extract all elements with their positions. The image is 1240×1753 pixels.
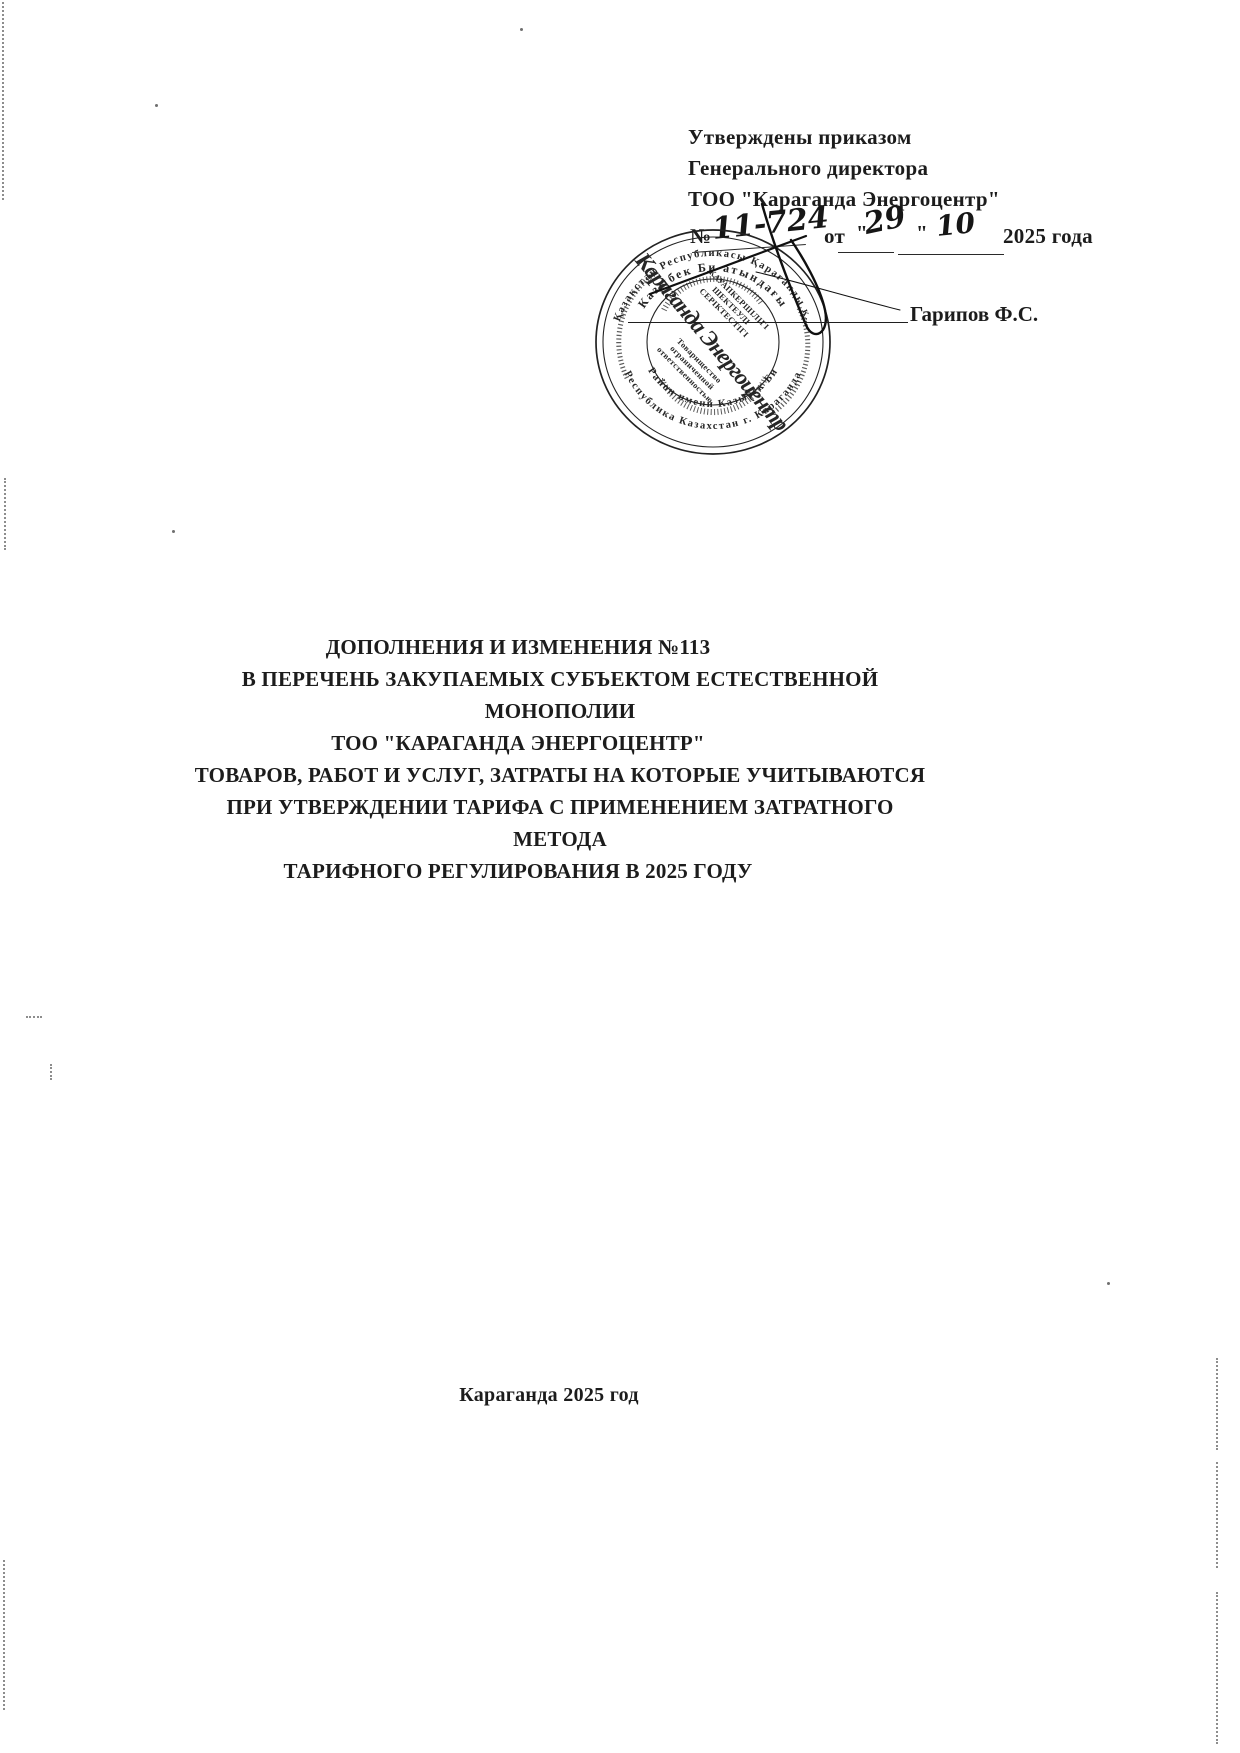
footer-city-year: Караганда 2025 год [449,1384,649,1407]
title-line-6: ТАРИФНОГО РЕГУЛИРОВАНИЯ В 2025 ГОДУ [148,855,888,887]
signature-line [628,322,908,323]
order-day-handwritten: 29 [861,199,909,242]
title-line-2: В ПЕРЕЧЕНЬ ЗАКУПАЕМЫХ СУБЪЕКТОМ ЕСТЕСТВЕ… [190,663,930,727]
title-line-4: ТОВАРОВ, РАБОТ И УСЛУГ, ЗАТРАТЫ НА КОТОР… [190,759,930,791]
scan-artifact [1216,1462,1218,1568]
approval-block: Утверждены приказом Генерального директо… [688,122,1000,215]
scan-artifact [26,1016,42,1018]
day-underline [838,252,894,253]
title-line-1: ДОПОЛНЕНИЯ И ИЗМЕНЕНИЯ №113 [148,631,888,663]
month-underline [898,254,1004,255]
scan-artifact [50,1064,52,1080]
title-line-3: ТОО "КАРАГАНДА ЭНЕРГОЦЕНТР" [148,727,888,759]
scan-artifact [172,530,175,533]
approval-line-1: Утверждены приказом [688,122,1000,153]
scan-artifact [3,1560,5,1710]
scan-artifact [155,104,158,107]
scan-artifact [520,28,523,31]
order-quote-close: " [916,221,928,246]
scanned-document-page: Утверждены приказом Генерального директо… [0,0,1240,1753]
order-year-label: 2025 года [1003,224,1093,249]
scan-artifact [1216,1358,1218,1450]
approval-line-2: Генерального директора [688,153,1000,184]
scan-artifact [1107,1282,1110,1285]
document-title-block: ДОПОЛНЕНИЯ И ИЗМЕНЕНИЯ №113 В ПЕРЕЧЕНЬ З… [190,631,930,887]
order-month-handwritten: 10 [934,206,976,243]
signatory-name: Гарипов Ф.С. [910,302,1038,327]
scan-artifact [4,478,6,550]
title-line-5: ПРИ УТВЕРЖДЕНИИ ТАРИФА С ПРИМЕНЕНИЕМ ЗАТ… [190,791,930,855]
scan-artifact [2,2,4,200]
scan-artifact [1216,1592,1218,1744]
company-stamp-seal: Қазақстан Республикасы Қарағанды қ. Казы… [594,228,832,456]
